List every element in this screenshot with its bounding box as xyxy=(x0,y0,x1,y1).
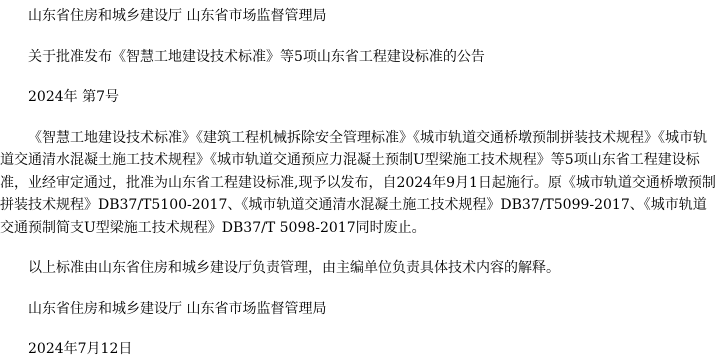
issue-date: 2024年7月12日 xyxy=(0,338,717,361)
management-note: 以上标准由山东省住房和城乡建设厅负责管理，由主编单位负责具体技术内容的解释。 xyxy=(0,257,717,280)
body-paragraph: 《智慧工地建设技术标准》《建筑工程机械拆除安全管理标准》《城市轨道交通桥墩预制拼… xyxy=(0,127,717,240)
notice-title: 关于批准发布《智慧工地建设技术标准》等5项山东省工程建设标准的公告 xyxy=(0,46,717,69)
signature-agencies: 山东省住房和城乡建设厅 山东省市场监督管理局 xyxy=(0,298,717,321)
doc-number: 2024年 第7号 xyxy=(0,86,717,109)
issuing-agencies-top: 山东省住房和城乡建设厅 山东省市场监督管理局 xyxy=(0,5,717,28)
notice-document: 山东省住房和城乡建设厅 山东省市场监督管理局 关于批准发布《智慧工地建设技术标准… xyxy=(0,0,717,364)
